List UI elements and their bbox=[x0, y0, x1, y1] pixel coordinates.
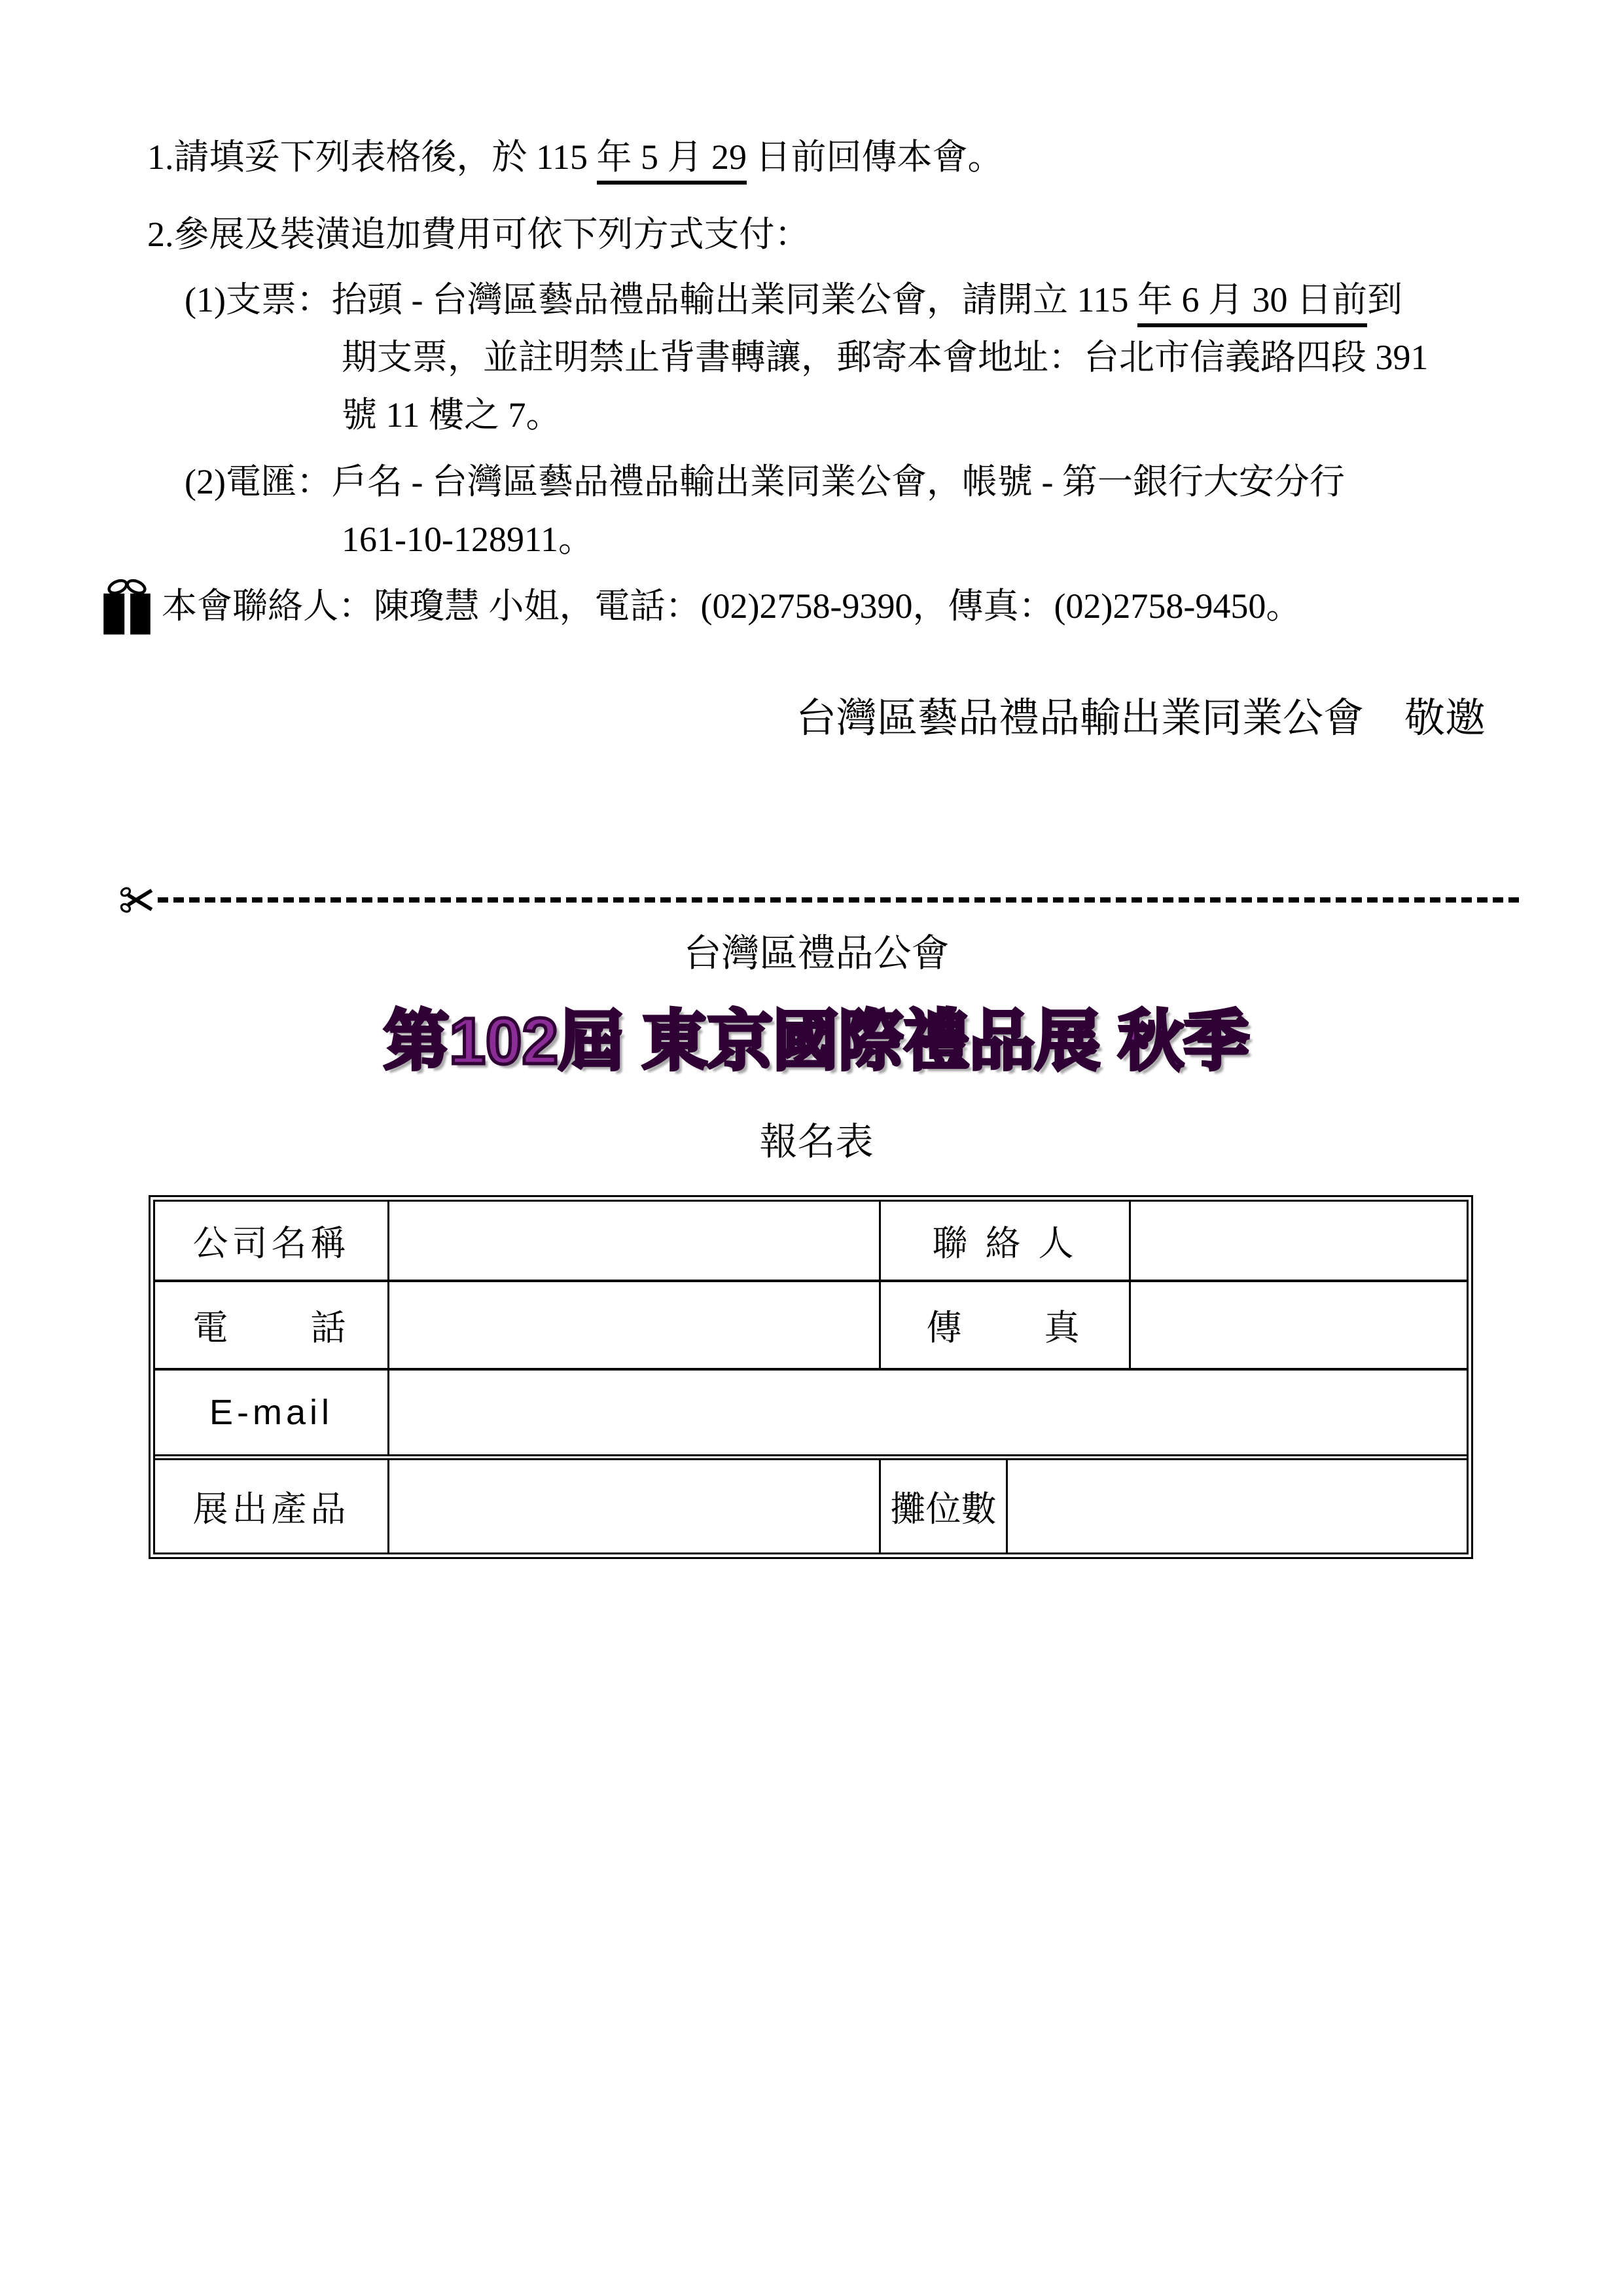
payment-check-line-2: 期支票，並註明禁止背書轉讓，郵寄本會地址：台北市信義路四段 391 bbox=[342, 329, 1486, 386]
association-contact-text: 本會聯絡人：陳瓊慧 小姐，電話：(02)2758-9390，傳真：(02)275… bbox=[162, 577, 1301, 635]
payment-wire-line-1: (2)電匯：戶名 - 台灣區藝品禮品輸出業同業公會，帳號 - 第一銀行大安分行 bbox=[342, 453, 1486, 511]
table-row-products-booths: 展出產品 攤位數 bbox=[155, 1460, 1467, 1552]
field-email[interactable] bbox=[389, 1371, 1467, 1454]
label-contact-person: 聯 絡 人 bbox=[881, 1202, 1131, 1280]
payment-check-text-end: 到 bbox=[1367, 280, 1402, 319]
payment-check-marker: (1) bbox=[185, 280, 226, 319]
payment-method-wire: (2)電匯：戶名 - 台灣區藝品禮品輸出業同業公會，帳號 - 第一銀行大安分行 … bbox=[147, 453, 1486, 568]
note-2-text: 參展及裝潢追加費用可依下列方式支付： bbox=[174, 215, 810, 254]
note-2-marker: 2. bbox=[147, 215, 174, 254]
registration-table: 公司名稱 聯 絡 人 電 話 傳 真 E-mail 展出產品 攤位數 bbox=[149, 1195, 1473, 1559]
registration-form-title: 報名表 bbox=[147, 1115, 1486, 1170]
payment-check-line-1: (1)支票：抬頭 - 台灣區藝品禮品輸出業同業公會，請開立 115 年 6 月 … bbox=[342, 271, 1486, 329]
exhibition-title: 第102屆 東京國際禮品展 秋季 bbox=[147, 998, 1486, 1085]
payment-method-check: (1)支票：抬頭 - 台灣區藝品禮品輸出業同業公會，請開立 115 年 6 月 … bbox=[147, 271, 1486, 444]
scissors-icon bbox=[120, 880, 154, 920]
field-fax[interactable] bbox=[1131, 1282, 1467, 1368]
dashed-cut-rule bbox=[158, 897, 1522, 903]
note-1-text-end: 日前回傳本會。 bbox=[747, 137, 1003, 177]
label-booth-count: 攤位數 bbox=[881, 1460, 1008, 1552]
note-1-marker: 1. bbox=[147, 137, 174, 177]
field-company-name[interactable] bbox=[389, 1202, 881, 1280]
table-row-company-contact: 公司名稱 聯 絡 人 bbox=[155, 1202, 1467, 1282]
association-signoff: 台灣區藝品禮品輸出業同業公會 敬邀 bbox=[147, 689, 1486, 749]
gift-icon bbox=[101, 576, 152, 636]
field-exhibit-products[interactable] bbox=[389, 1460, 881, 1552]
payment-wire-marker: (2) bbox=[185, 462, 226, 501]
table-row-email: E-mail bbox=[155, 1371, 1467, 1460]
note-payment-methods: 2.參展及裝潢追加費用可依下列方式支付： bbox=[147, 206, 1486, 263]
field-booth-count[interactable] bbox=[1008, 1460, 1467, 1552]
label-phone: 電 話 bbox=[155, 1282, 389, 1368]
label-exhibit-products: 展出產品 bbox=[155, 1460, 389, 1552]
label-fax: 傳 真 bbox=[881, 1282, 1131, 1368]
payment-wire-text: 電匯：戶名 - 台灣區藝品禮品輸出業同業公會，帳號 - 第一銀行大安分行 bbox=[226, 462, 1345, 501]
payment-check-underlined-date: 年 6 月 30 日前 bbox=[1137, 280, 1367, 327]
payment-check-text: 支票：抬頭 - 台灣區藝品禮品輸出業同業公會，請開立 115 bbox=[226, 280, 1137, 319]
label-company-name: 公司名稱 bbox=[155, 1202, 389, 1280]
field-contact-person[interactable] bbox=[1131, 1202, 1467, 1280]
note-1-underlined-date: 年 5 月 29 bbox=[597, 137, 747, 185]
association-short-name: 台灣區禮品公會 bbox=[147, 926, 1486, 981]
table-row-phone-fax: 電 話 傳 真 bbox=[155, 1282, 1467, 1371]
payment-wire-account-number: 161-10-128911。 bbox=[342, 511, 1486, 568]
field-phone[interactable] bbox=[389, 1282, 881, 1368]
label-email: E-mail bbox=[155, 1371, 389, 1454]
document-page: 1.請填妥下列表格後，於 115 年 5 月 29 日前回傳本會。 2.參展及裝… bbox=[0, 0, 1623, 1559]
note-1-text: 請填妥下列表格後，於 115 bbox=[174, 137, 597, 177]
payment-check-line-3: 號 11 樓之 7。 bbox=[342, 386, 1486, 444]
association-contact-line: 本會聯絡人：陳瓊慧 小姐，電話：(02)2758-9390，傳真：(02)275… bbox=[101, 576, 1486, 636]
cut-here-line bbox=[120, 874, 1522, 926]
note-return-deadline: 1.請填妥下列表格後，於 115 年 5 月 29 日前回傳本會。 bbox=[147, 128, 1486, 186]
